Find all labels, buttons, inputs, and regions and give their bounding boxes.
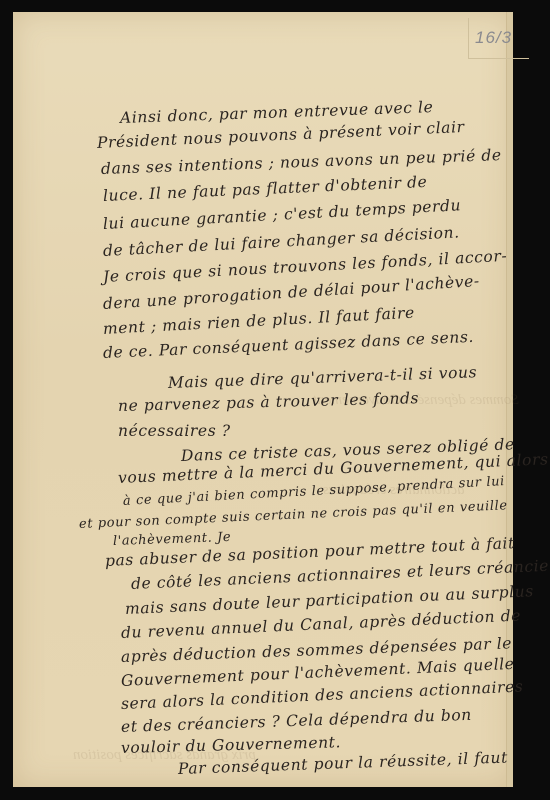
folio-number: 16/3 (475, 28, 512, 48)
manuscript-line: ne parvenez pas à trouver les fonds (118, 389, 420, 415)
manuscript-line: Mais que dire qu'arrivera-t-il si vous (168, 363, 478, 392)
manuscript-line: nécessaires ? (118, 422, 231, 440)
manuscript-line: l'achèvement. Je (113, 530, 232, 549)
manuscript-line: dans ses intentions ; nous avons un peu … (101, 146, 502, 178)
manuscript-line: vouloir du Gouvernement. (121, 733, 341, 757)
manuscript-page: 16/3 Sommes dépensées Gouvernement actio… (13, 12, 513, 787)
